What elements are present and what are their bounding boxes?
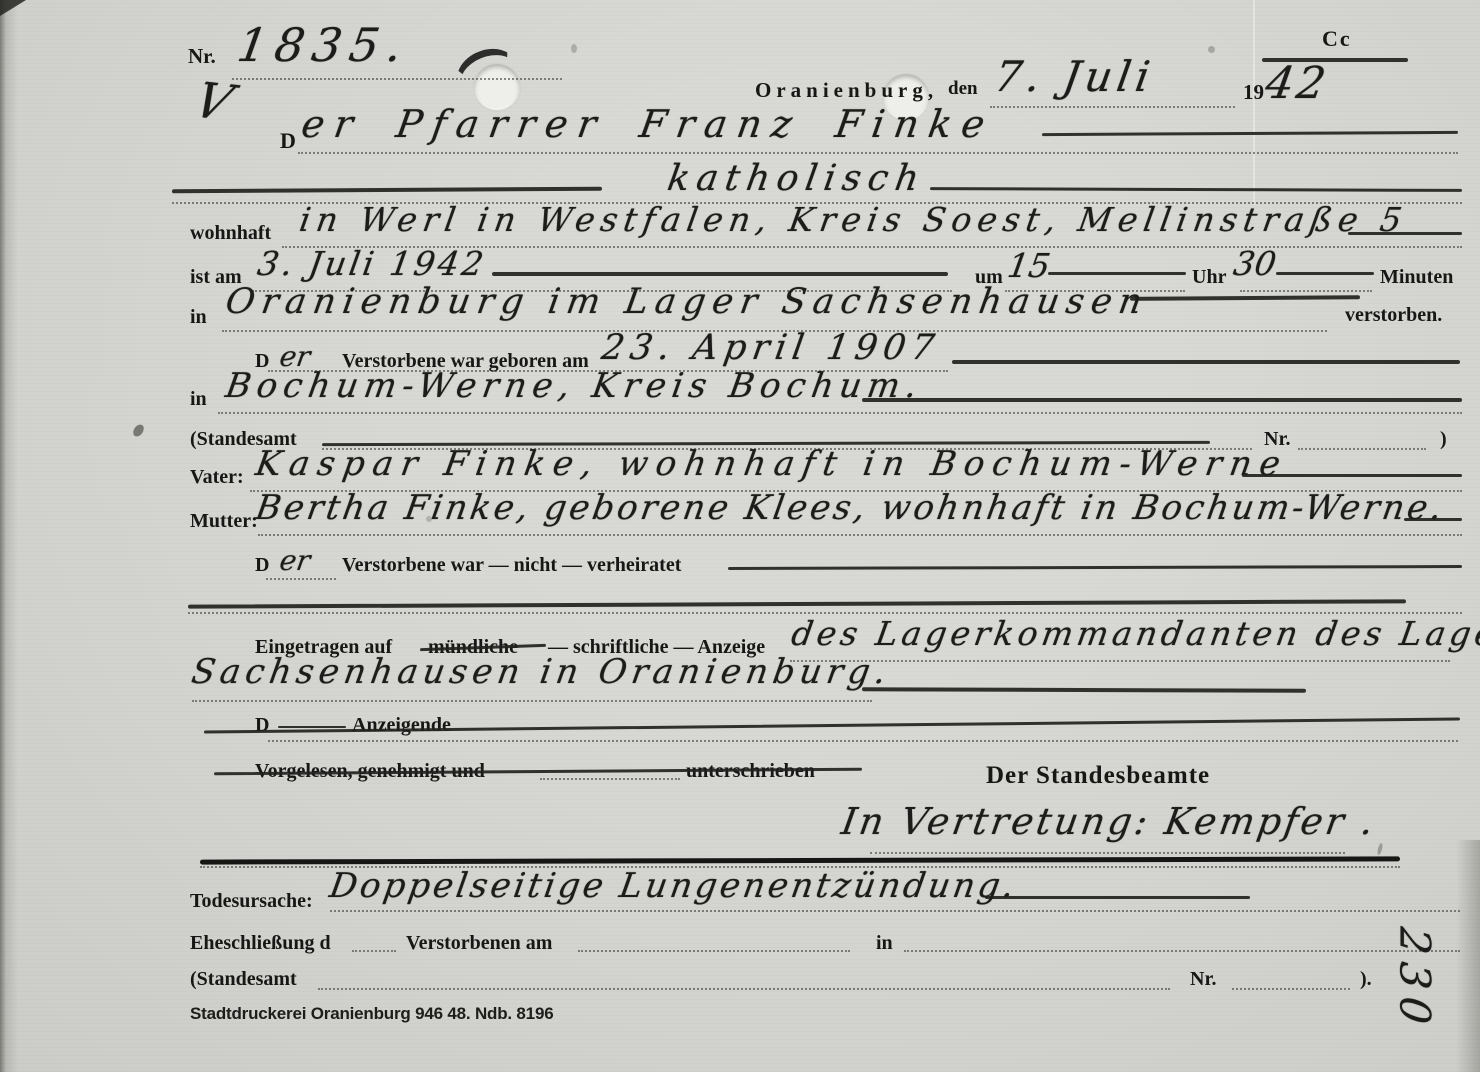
year-prefix: 19 bbox=[1243, 80, 1264, 105]
dash-fill bbox=[930, 187, 1462, 192]
dotted-line bbox=[266, 578, 336, 580]
registrar-title: Der Standesbeamte bbox=[986, 762, 1210, 790]
birth-date-handwritten: 23. April 1907 bbox=[599, 328, 943, 368]
paren-close: ). bbox=[1360, 968, 1372, 991]
dash-fill bbox=[1130, 295, 1360, 301]
dash-fill bbox=[1404, 518, 1462, 521]
section-rule bbox=[200, 856, 1400, 864]
dash-fill bbox=[985, 896, 1250, 899]
dotted-line bbox=[578, 950, 850, 952]
marriage-label: Eheschließung d bbox=[190, 932, 331, 955]
dotted-line bbox=[330, 910, 1460, 912]
father-label: Vater: bbox=[190, 466, 244, 489]
dash-fill bbox=[278, 726, 346, 728]
nr-label: Nr. bbox=[188, 44, 216, 69]
registrar-signature-handwritten: In Vertretung: Kempfer . bbox=[839, 800, 1380, 843]
residence-handwritten: in Werl in Westfalen, Kreis Soest, Melli… bbox=[297, 200, 1411, 239]
den-label: den bbox=[948, 78, 978, 100]
dotted-line bbox=[1298, 448, 1426, 450]
scan-speck bbox=[131, 423, 146, 439]
dotted-line bbox=[870, 852, 1345, 854]
scan-right-edge bbox=[1454, 840, 1480, 1072]
deceased-name-handwritten: er Pfarrer Franz Finke bbox=[299, 102, 998, 146]
birth-place-handwritten: Bochum-Werne, Kreis Bochum. bbox=[223, 366, 926, 406]
paren-close: ) bbox=[1440, 428, 1447, 451]
archive-number-handwritten: 230 bbox=[1391, 925, 1440, 1040]
strike-line bbox=[188, 599, 1406, 608]
uhr-label: Uhr bbox=[1192, 266, 1226, 289]
dotted-line bbox=[192, 700, 872, 702]
dotted-line bbox=[540, 778, 680, 780]
dash-fill bbox=[1276, 272, 1374, 275]
minuten-label: Minuten bbox=[1380, 266, 1453, 289]
death-place-handwritten: Oranienburg im Lager Sachsenhausen bbox=[223, 282, 1152, 322]
marital-status-label: Verstorbene war — nicht — verheiratet bbox=[342, 554, 681, 577]
dotted-line bbox=[1240, 290, 1372, 292]
nr-label: Nr. bbox=[1190, 968, 1216, 991]
dash-fill bbox=[1242, 474, 1462, 477]
scan-speck bbox=[571, 44, 577, 53]
in-label: in bbox=[190, 388, 207, 411]
verstorben-label: verstorben. bbox=[1345, 304, 1442, 327]
dash-fill bbox=[728, 565, 1462, 570]
place-label: Oranienburg, bbox=[755, 78, 938, 103]
d-prefix: D bbox=[255, 714, 269, 737]
printer-imprint: Stadtdruckerei Oranienburg 946 48. Ndb. … bbox=[190, 1004, 553, 1024]
dash-fill bbox=[1048, 272, 1186, 275]
nr-value-handwritten: 1835. bbox=[234, 18, 414, 72]
minutes-handwritten: 30 bbox=[1231, 244, 1279, 283]
mother-label: Mutter: bbox=[190, 510, 258, 533]
death-date-handwritten: 3. Juli 1942 bbox=[255, 244, 489, 283]
anzeigende-label: Anzeigende bbox=[352, 714, 451, 737]
religion-handwritten: katholisch bbox=[665, 158, 929, 199]
standesamt-label: (Standesamt bbox=[190, 968, 297, 991]
dotted-line bbox=[298, 152, 1458, 154]
d-prefix: D bbox=[255, 554, 269, 577]
dash-fill bbox=[952, 360, 1460, 364]
hour-handwritten: 15 bbox=[1005, 246, 1053, 285]
marriage-am-label: Verstorbenen am bbox=[406, 932, 552, 955]
dotted-line bbox=[352, 950, 396, 952]
check-mark-handwritten: V bbox=[187, 72, 240, 131]
in-label: in bbox=[190, 306, 207, 329]
dash-fill bbox=[862, 687, 1306, 693]
marriage-in-label: in bbox=[876, 932, 893, 955]
cause-of-death-handwritten: Doppelseitige Lungenentzündung. bbox=[327, 866, 1020, 906]
er-handwritten: er bbox=[277, 544, 312, 577]
scan-speck bbox=[1208, 46, 1215, 53]
dotted-line bbox=[318, 988, 1170, 990]
cause-of-death-label: Todesursache: bbox=[190, 890, 313, 913]
dotted-line bbox=[990, 106, 1235, 108]
dotted-line bbox=[232, 78, 562, 80]
d-prefix: D bbox=[280, 128, 296, 154]
scan-left-edge bbox=[0, 0, 18, 1072]
death-certificate-scan: Nr. 1835. V Cc Oranienburg, den 7. Juli … bbox=[0, 0, 1480, 1072]
date-handwritten: 7. Juli bbox=[991, 52, 1158, 101]
notice-handwritten-line2: Sachsenhausen in Oranienburg. bbox=[189, 652, 894, 692]
scan-speck bbox=[1377, 843, 1384, 856]
dash-fill bbox=[172, 187, 602, 194]
dash-fill bbox=[862, 398, 1462, 402]
dash-fill bbox=[1348, 232, 1462, 235]
dotted-line bbox=[1232, 988, 1350, 990]
scan-corner-wedge bbox=[0, 0, 26, 16]
dotted-line bbox=[258, 534, 1462, 536]
father-handwritten: Kaspar Finke, wohnhaft in Bochum-Werne bbox=[253, 444, 1291, 484]
dotted-line bbox=[218, 412, 1462, 414]
dotted-line bbox=[268, 740, 1458, 742]
dash-fill bbox=[492, 272, 948, 276]
notice-handwritten-line1: des Lagerkommandanten des Lagers bbox=[789, 614, 1480, 653]
dash-fill bbox=[1042, 131, 1458, 136]
dotted-line bbox=[904, 950, 1460, 952]
year-handwritten: 42 bbox=[1262, 58, 1332, 109]
corner-code: Cc bbox=[1322, 26, 1352, 52]
wohnhaft-label: wohnhaft bbox=[190, 222, 271, 245]
mother-handwritten: Bertha Finke, geborene Klees, wohnhaft i… bbox=[253, 488, 1448, 528]
